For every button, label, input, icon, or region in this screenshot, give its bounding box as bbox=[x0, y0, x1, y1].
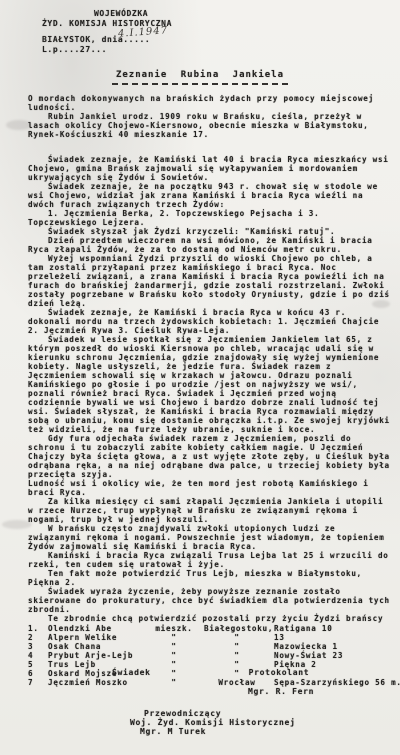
testimony-paragraph: Świadek zeznaje, że Kamiński i bracia Ry… bbox=[28, 308, 390, 335]
chairman-organization: Woj. Żyd. Komisji Historycznej bbox=[130, 718, 400, 727]
testimony-paragraph: 1. Jęczmienia Berka, 2. Topczewskiego Pe… bbox=[28, 209, 390, 227]
residence-mark: " bbox=[148, 642, 200, 651]
street-address: 13 bbox=[274, 633, 390, 642]
street-address: Mazowiecka 1 bbox=[274, 642, 390, 651]
letterhead: WOJEWÓDZKA ŻYD. KOMISJA HISTORYCZNA BIAŁ… bbox=[42, 9, 172, 55]
chairman-label: Przewodniczący bbox=[144, 709, 400, 718]
row-number: 3 bbox=[28, 642, 44, 651]
witness-list-row: 2 Alpern Welike " " 13 bbox=[28, 633, 390, 642]
row-number: 4 bbox=[28, 651, 44, 660]
signature-block: Świadek Protokolant Mgr. R. Fern Przewod… bbox=[0, 668, 400, 736]
testimony-paragraph: W brańsku często znajdywali zwłoki utopi… bbox=[28, 524, 390, 551]
witness-name: Alpern Welike bbox=[48, 633, 144, 642]
street-address: Nowy-Świat 23 bbox=[274, 651, 390, 660]
testimony-paragraph: Rubin Jankiel urodz. 1909 roku w Brańsku… bbox=[28, 112, 390, 139]
testimony-paragraph: Ten fakt może potwierdzić Trus Lejb, mie… bbox=[28, 569, 390, 587]
residence-mark: " bbox=[148, 633, 200, 642]
city: " bbox=[204, 642, 270, 651]
chairman-signature: Przewodniczący Woj. Żyd. Komisji History… bbox=[130, 709, 400, 736]
testimony-paragraph: Dzień przedtem wieczorem na wsi mówiono,… bbox=[28, 236, 390, 254]
testimony-paragraph: Kamiński i bracia Ryca związali Trusa Le… bbox=[28, 551, 390, 569]
handwritten-date: 4.I.1947 bbox=[118, 26, 169, 39]
testimony-paragraph: Świadek słyszał jak Żydzi krzyczeli: "Ka… bbox=[28, 227, 390, 236]
residence-mark: mieszk. bbox=[148, 624, 200, 633]
witness-name: Osak Chana bbox=[48, 642, 144, 651]
city: Białegostoku, bbox=[204, 624, 270, 633]
row-number: 1. bbox=[28, 624, 44, 633]
witness-list-intro: Te zbrodnie chcą potwierdzić pozostali p… bbox=[28, 614, 390, 623]
testimony-paragraph: Świadek zeznaje, że na początku 943 r. c… bbox=[28, 182, 390, 209]
testimony-paragraph: Świadek zeznaje, że Kamiński lat 40 i br… bbox=[28, 155, 390, 182]
title-block: Zeznanie Rubina Jankiela bbox=[0, 62, 400, 85]
city: " bbox=[204, 633, 270, 642]
witness-list-row: 4 Prybut Arje-Lejb " " Nowy-Świat 23 bbox=[28, 651, 390, 660]
city: " bbox=[204, 651, 270, 660]
page-title: Zeznanie Rubina Jankiela bbox=[112, 70, 288, 85]
testimony-body: O mordach dokonywanych na brańskich żyda… bbox=[28, 94, 390, 687]
place-date-line: BIAŁYSTOK, dnia..... 4.I.1947 bbox=[42, 35, 172, 45]
residence-mark: " bbox=[148, 651, 200, 660]
scanned-testimony-page: WOJEWÓDZKA ŻYD. KOMISJA HISTORYCZNA BIAŁ… bbox=[0, 0, 400, 755]
testimony-paragraph: Za kilka miesięcy ci sami złapali Jęczmi… bbox=[28, 497, 390, 524]
testimony-paragraph: Ludność wsi i okolicy wie, że ten mord j… bbox=[28, 479, 390, 497]
witness-signature-label: Świadek bbox=[112, 668, 151, 678]
org-name-line-1: WOJEWÓDZKA bbox=[94, 9, 172, 19]
protocolist-signature-label: Protokolant bbox=[249, 668, 310, 678]
witness-name: Olendzki Abe bbox=[48, 624, 144, 633]
witness-list-row: 3 Osak Chana " " Mazowiecka 1 bbox=[28, 642, 390, 651]
case-number-line: L.p....27... bbox=[42, 45, 172, 55]
chairman-name: Mgr. M Turek bbox=[140, 727, 400, 736]
protocolist-name: Mgr. R. Fern bbox=[248, 687, 400, 697]
testimony-paragraph: Wyżej wspomniani Żydzi przyszli do wiosk… bbox=[28, 254, 390, 308]
testimony-paragraph: Gdy fura odjechała świadek razem z Jęczm… bbox=[28, 434, 390, 479]
row-number: 2 bbox=[28, 633, 44, 642]
testimony-paragraph: Świadek w lesie spotkał się z Jęczmienie… bbox=[28, 335, 390, 434]
testimony-paragraph: Świadek wyraża życzenie, żeby powyższe z… bbox=[28, 587, 390, 614]
witness-list-row: 1. Olendzki Abe mieszk. Białegostoku, Ra… bbox=[28, 624, 390, 633]
testimony-paragraph: O mordach dokonywanych na brańskich żyda… bbox=[28, 94, 390, 112]
witness-name: Prybut Arje-Lejb bbox=[48, 651, 144, 660]
street-address: Ratigana 10 bbox=[274, 624, 390, 633]
